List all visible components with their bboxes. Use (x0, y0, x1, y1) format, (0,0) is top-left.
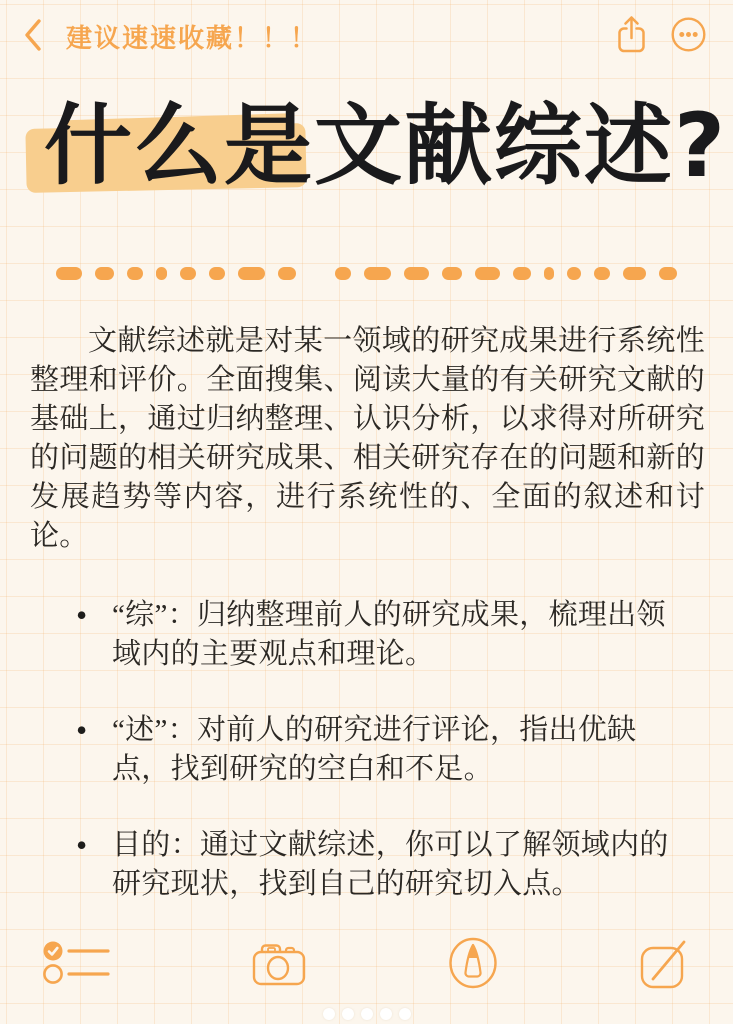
markup-pen-icon (447, 937, 499, 992)
markup-button[interactable] (447, 937, 499, 992)
list-item: • “综”：归纳整理前人的研究成果，梳理出领域内的主要观点和理论。 (76, 596, 677, 674)
bottom-toolbar (0, 937, 733, 992)
camera-icon (252, 940, 306, 989)
bullet-list: • “综”：归纳整理前人的研究成果，梳理出领域内的主要观点和理论。 • “述”：… (30, 596, 705, 904)
top-navigation-bar: 建议速速收藏！！！ (0, 0, 733, 62)
intro-paragraph: 文献综述就是对某一领域的研究成果进行系统性整理和评价。全面搜集、阅读大量的有关研… (30, 322, 705, 556)
bullet-marker: • (76, 711, 112, 789)
back-button[interactable] (22, 18, 44, 55)
compose-button[interactable] (639, 937, 689, 992)
page-title: 什么是文献综述? (44, 82, 704, 210)
pagination-dot (399, 1008, 411, 1020)
dashed-divider (0, 264, 733, 282)
ellipsis-icon (670, 16, 707, 56)
compose-icon (639, 937, 689, 992)
bullet-text-zong: “综”：归纳整理前人的研究成果，梳理出领域内的主要观点和理论。 (112, 596, 677, 674)
checklist-icon (42, 940, 112, 989)
bullet-text-purpose: 目的：通过文献综述，你可以了解领域内的研究现状，找到自己的研究切入点。 (112, 826, 677, 904)
note-page: { "colors": { "accent": "#F6A64F", "high… (0, 0, 733, 1024)
pagination-dot (323, 1008, 335, 1020)
note-title: 建议速速收藏！！！ (66, 18, 318, 55)
pagination-dot (380, 1008, 392, 1020)
camera-button[interactable] (252, 940, 306, 989)
share-button[interactable] (615, 15, 648, 57)
more-options-button[interactable] (670, 16, 707, 56)
list-item: • 目的：通过文献综述，你可以了解领域内的研究现状，找到自己的研究切入点。 (76, 826, 677, 904)
checklist-button[interactable] (42, 940, 112, 989)
share-icon (615, 15, 648, 57)
bullet-text-shu: “述”：对前人的研究进行评论，指出优缺点，找到研究的空白和不足。 (112, 711, 677, 789)
back-chevron-icon (22, 18, 44, 55)
bullet-marker: • (76, 596, 112, 674)
heading-section: 什么是文献综述? (0, 82, 733, 228)
bullet-marker: • (76, 826, 112, 904)
pagination-dots (0, 1008, 733, 1020)
pagination-dot (342, 1008, 354, 1020)
note-body: 文献综述就是对某一领域的研究成果进行系统性整理和评价。全面搜集、阅读大量的有关研… (0, 322, 733, 904)
list-item: • “述”：对前人的研究进行评论，指出优缺点，找到研究的空白和不足。 (76, 711, 677, 789)
pagination-dot (361, 1008, 373, 1020)
